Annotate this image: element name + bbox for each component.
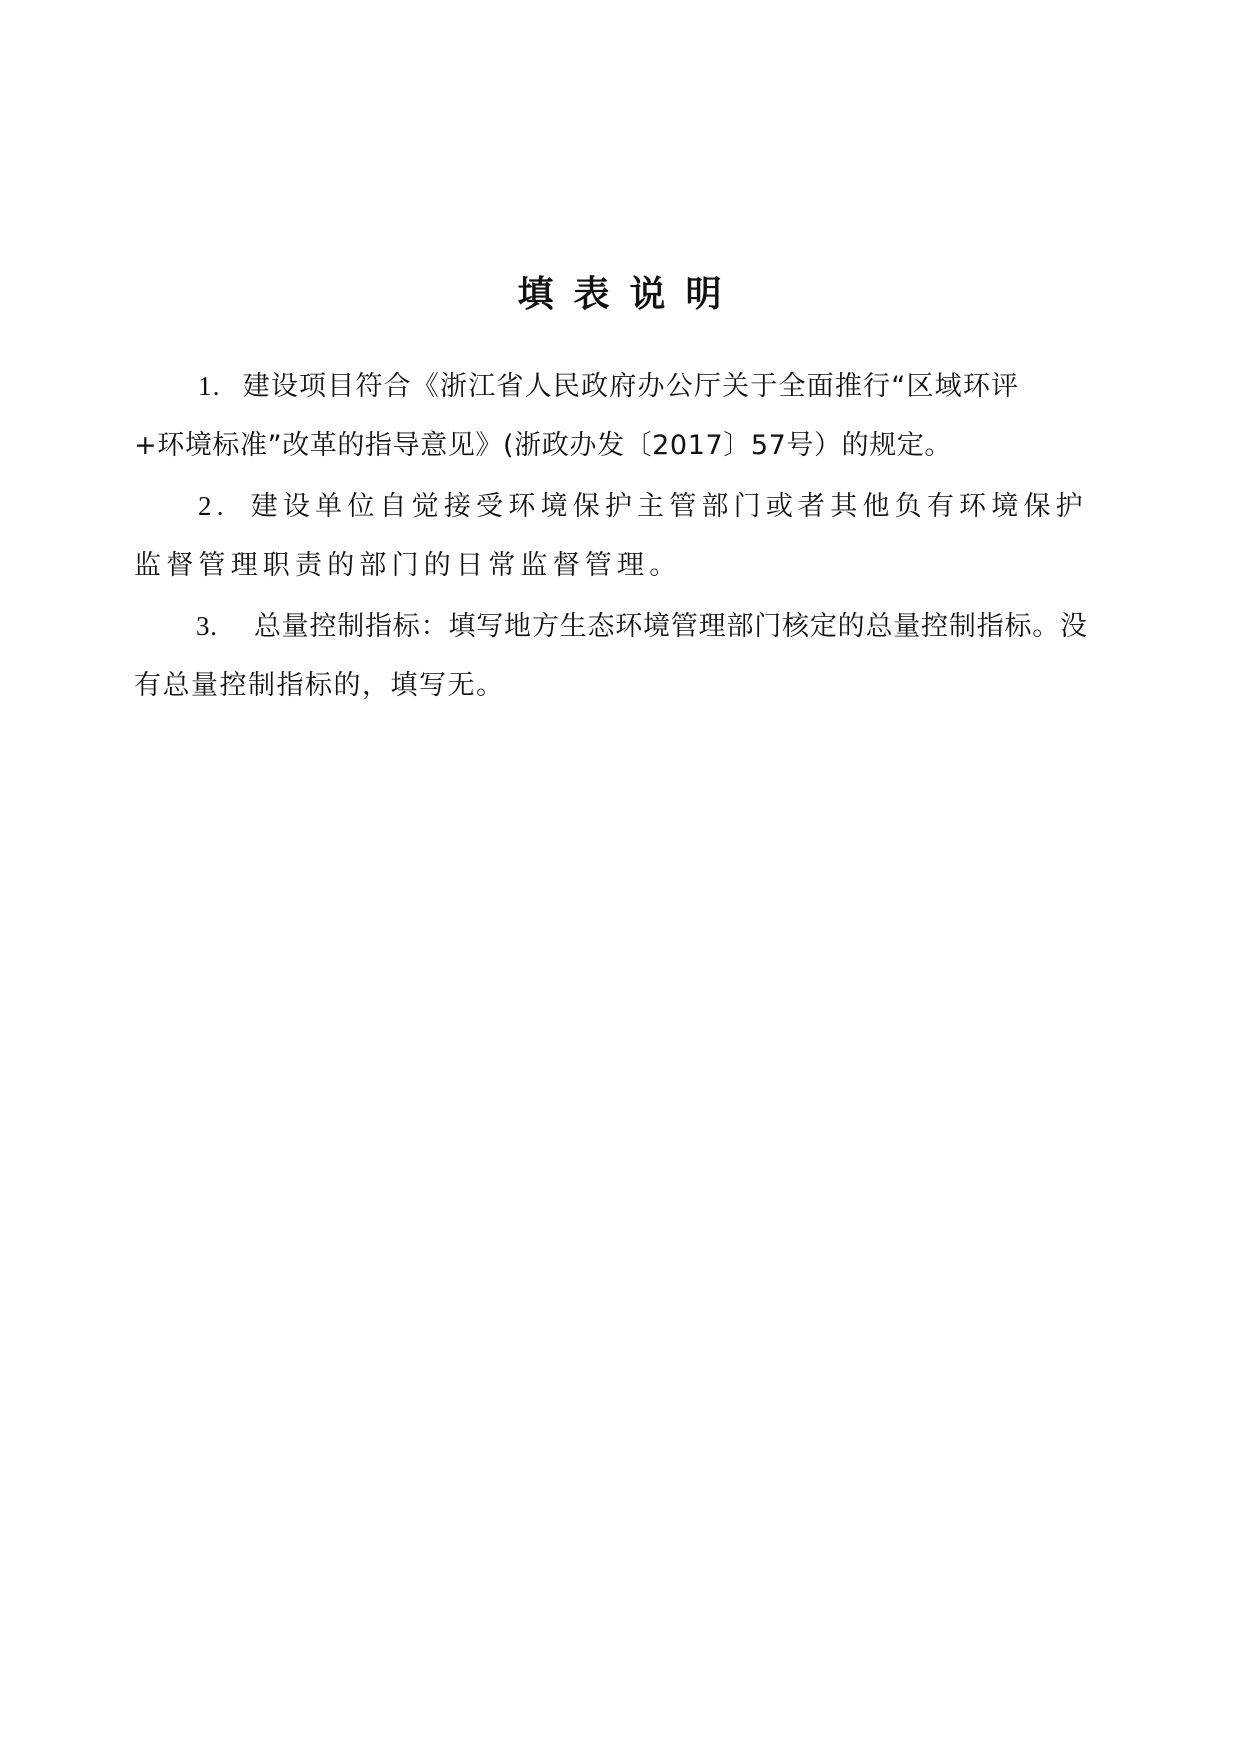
item-1-text-start: 建设项目符合《浙江省人民政府办公厅关于全面推行“区域环评: [243, 371, 1020, 402]
item-2-text-end: 监督管理职责的部门的日常监督管理。: [134, 550, 681, 581]
item-2-line-1: 2.建设单位自觉接受环境保护主管部门或者其他负有环境保护: [198, 486, 1173, 526]
item-3-text-end: 有总量控制指标的，填写无。: [134, 670, 505, 701]
item-2-line-2: 监督管理职责的部门的日常监督管理。: [134, 546, 1109, 586]
item-2-text-start: 建设单位自觉接受环境保护主管部门或者其他负有环境保护: [251, 491, 1088, 522]
item-1-line-1: 1.建设项目符合《浙江省人民政府办公厅关于全面推行“区域环评: [198, 366, 1173, 406]
item-1-line-2: +环境标准”改革的指导意见》(浙政办发〔2017〕57号）的规定。: [134, 426, 1109, 466]
item-1-text-end: +环境标准”改革的指导意见》(浙政办发〔2017〕57号）的规定。: [134, 430, 952, 461]
item-2-number: 2.: [198, 486, 229, 526]
document-page: 填表说明 1.建设项目符合《浙江省人民政府办公厅关于全面推行“区域环评 +环境标…: [0, 0, 1241, 1754]
item-1-number: 1.: [198, 366, 221, 406]
item-3-text-start: 总量控制指标：填写地方生态环境管理部门核定的总量控制指标。没: [254, 611, 1088, 642]
item-3-line-2: 有总量控制指标的，填写无。: [134, 666, 1109, 706]
page-title: 填表说明: [0, 272, 1241, 318]
item-3-line-1: 3.总量控制指标：填写地方生态环境管理部门核定的总量控制指标。没: [196, 606, 1171, 646]
item-3-number: 3.: [196, 606, 218, 646]
